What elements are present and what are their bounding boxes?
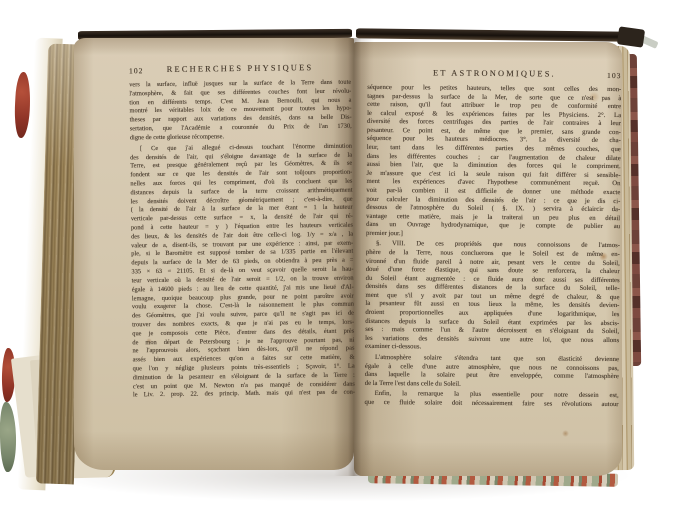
marbled-paper-patch-bottom-left-green <box>0 402 17 473</box>
right-board-corner <box>617 26 645 47</box>
right-page-number: 103 <box>607 71 621 80</box>
left-page-header: 102 RECHERCHES PHYSIQUES <box>129 63 351 78</box>
left-page-number: 102 <box>129 66 143 75</box>
running-title-right: ET ASTRONOMIQUES. <box>433 68 556 78</box>
paragraph: Enfin, la remarque la plus essentielle p… <box>365 390 619 409</box>
left-page: 102 RECHERCHES PHYSIQUES vers la surface… <box>129 63 355 401</box>
right-page: ET ASTRONOMIQUES. 103 séquence pour les … <box>365 68 622 410</box>
marbled-paper-patch-top-left <box>13 72 31 139</box>
running-title-left: RECHERCHES PHYSIQUES <box>167 63 314 74</box>
right-page-header: ET ASTRONOMIQUES. 103 <box>367 68 621 82</box>
paragraph: séquence pour les petites hauteurs, tell… <box>366 84 621 241</box>
paragraph: vers la surface, influë jusques sur la s… <box>129 79 352 143</box>
left-page-text: vers la surface, influë jusques sur la s… <box>129 79 355 401</box>
text-line: digne de cette glorieuse récompense. <box>130 132 352 144</box>
top-binding-edge-right <box>356 28 624 41</box>
foxing-spot <box>562 430 569 437</box>
book-photo: 102 RECHERCHES PHYSIQUES vers la surface… <box>0 0 700 532</box>
paragraph: [ Ce que j'ai allegué ci-dessus touchant… <box>130 142 355 400</box>
paragraph: L'atmosphère solaire s'étendra tant que … <box>365 354 619 391</box>
right-page-text: séquence pour les petites hauteurs, tell… <box>365 84 622 410</box>
paragraph: §. VIII. De ces propriétés que nous conn… <box>365 240 620 354</box>
text-line: examiner ci-dessous. <box>365 343 619 354</box>
